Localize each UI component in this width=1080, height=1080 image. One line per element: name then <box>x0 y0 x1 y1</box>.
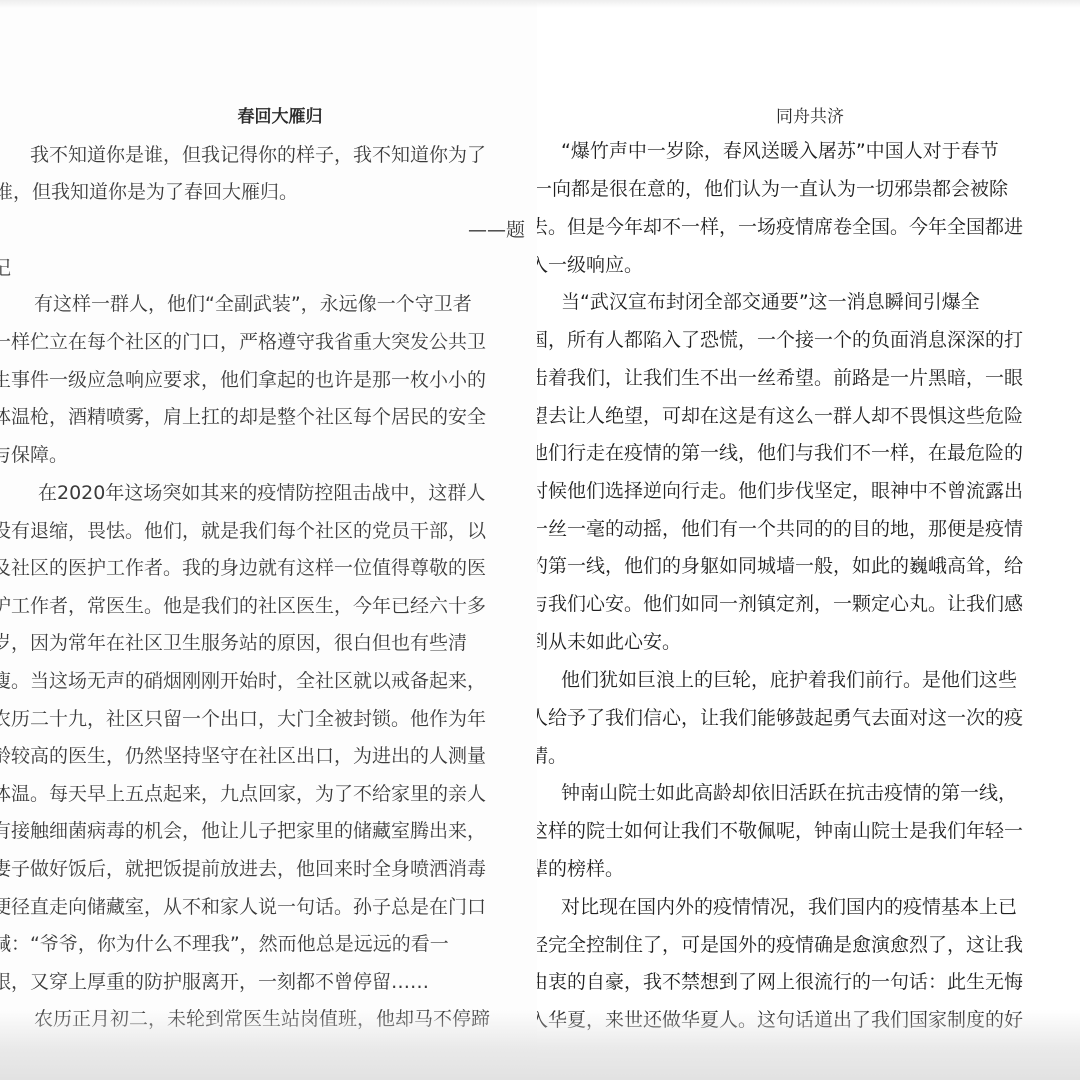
text-line: 经完全控制住了，可是国外的疫情确是愈演愈烈了，这让我 <box>537 930 1023 960</box>
text-line: “爆竹声中一岁除，春风送暖入屠苏”中国人对于春节 <box>561 136 999 166</box>
text-line: 对比现在国内外的疫情情况，我们国内的疫情基本上已 <box>561 892 1017 922</box>
text-line: 当“武汉宣布封闭全部交通要”这一消息瞬间引爆全 <box>561 287 980 317</box>
text-line: 一样伫立在每个社区的门口，严格遵守我省重大突发公共卫 <box>0 327 486 357</box>
left-page-title: 春回大雁归 <box>238 102 323 127</box>
text-line: 记 <box>0 253 11 283</box>
text-line: 去。但是今年却不一样，一场疫情席卷全国。今年全国都进 <box>537 212 1023 242</box>
text-line: 谁，但我知道你是为了春回大雁归。 <box>0 177 298 207</box>
text-line: 入华夏，来世还做华夏人。这句话道出了我们国家制度的好 <box>537 1005 1023 1035</box>
text-line: 有这样一群人，他们“全副武装”，永远像一个守卫者 <box>34 289 472 319</box>
text-line: 生事件一级应急响应要求，他们拿起的也许是那一枚小小的 <box>0 365 486 395</box>
text-line: 体温。每天早上五点起来，九点回家，为了不给家里的亲人 <box>0 779 486 809</box>
text-line: 农历二十九，社区只留一个出口，大门全被封锁。他作为年 <box>0 704 486 734</box>
text-line: 他们行走在疫情的第一线，他们与我们不一样，在最危险的 <box>537 438 1023 468</box>
top-shadow <box>0 0 1080 8</box>
text-line: ——题 <box>468 215 525 245</box>
text-line: 与我们心安。他们如同一剂镇定剂，一颗定心丸。让我们感 <box>537 589 1023 619</box>
text-line: 岁，因为常年在社区卫生服务站的原因，很白但也有些清 <box>0 628 467 658</box>
text-line: 人给予了我们信心，让我们能够鼓起勇气去面对这一次的疫 <box>537 703 1023 733</box>
text-line: 瘦。当这场无声的硝烟刚刚开始时，全社区就以戒备起来， <box>0 666 486 696</box>
text-line: 国，所有人都陷入了恐慌，一个接一个的负面消息深深的打 <box>537 325 1023 355</box>
text-line: 由衷的自豪，我不禁想到了网上很流行的一句话：此生无悔 <box>537 967 1023 997</box>
right-page-title: 同舟共济 <box>776 102 844 127</box>
text-line: 有接触细菌病毒的机会，他让儿子把家里的储藏室腾出来， <box>0 816 486 846</box>
text-line: 望去让人绝望，可却在这是有这么一群人却不畏惧这些危险 <box>537 401 1023 431</box>
text-line: 没有退缩，畏怯。他们，就是我们每个社区的党员干部，以 <box>0 516 486 546</box>
text-line: 击着我们，让我们生不出一丝希望。前路是一片黑暗，一眼 <box>537 363 1023 393</box>
text-line: 龄较高的医生，仍然坚持坚守在社区出口，为进出的人测量 <box>0 741 486 771</box>
text-line: 妻子做好饭后，就把饭提前放进去，他回来时全身喷洒消毒 <box>0 854 486 884</box>
text-line: 体温枪，酒精喷雾，肩上扛的却是整个社区每个居民的安全 <box>0 402 486 432</box>
text-line: 他们犹如巨浪上的巨轮，庇护着我们前行。是他们这些 <box>561 665 1017 695</box>
text-line: 及社区的医护工作者。我的身边就有这样一位值得尊敬的医 <box>0 553 486 583</box>
right-document-page: 同舟共济 “爆竹声中一岁除，春风送暖入屠苏”中国人对于春节一向都是很在意的，他们… <box>537 0 1080 1080</box>
text-line: 我不知道你是谁，但我记得你的样子，我不知道你为了 <box>30 140 486 170</box>
text-line: 在2020年这场突如其来的疫情防控阻击战中，这群人 <box>38 478 485 508</box>
text-line: 到从未如此心安。 <box>537 627 681 657</box>
text-line: 时候他们选择逆向行走。他们步伐坚定，眼神中不曾流露出 <box>537 476 1023 506</box>
text-line: 与保障。 <box>0 440 68 470</box>
text-line: 的第一线，他们的身躯如同城墙一般，如此的巍峨高耸，给 <box>537 551 1023 581</box>
text-line: 辈的榜样。 <box>537 854 624 884</box>
text-line: 眼，又穿上厚重的防护服离开，一刻都不曾停留…… <box>0 967 429 997</box>
left-document-page: 春回大雁归 我不知道你是谁，但我记得你的样子，我不知道你为了谁，但我知道你是为了… <box>0 0 545 1080</box>
text-line: 这样的院士如何让我们不敬佩呢，钟南山院士是我们年轻一 <box>537 816 1023 846</box>
text-line: 护工作者，常医生。他是我们的社区医生，今年已经六十多 <box>0 591 486 621</box>
text-line: 情。 <box>537 741 567 771</box>
text-line: 一丝一毫的动摇，他们有一个共同的的目的地，那便是疫情 <box>537 514 1023 544</box>
text-line: 便径直走向储藏室，从不和家人说一句话。孙子总是在门口 <box>0 892 486 922</box>
text-line: 农历正月初二，未轮到常医生站岗值班，他却马不停蹄 <box>34 1004 490 1034</box>
text-line: 入一级响应。 <box>537 250 643 280</box>
text-line: 一向都是很在意的，他们认为一直认为一切邪祟都会被除 <box>537 174 1008 204</box>
text-line: 喊：“爷爷，你为什么不理我”，然而他总是远远的看一 <box>0 929 449 959</box>
text-line: 钟南山院士如此高龄却依旧活跃在抗击疫情的第一线， <box>561 778 1017 808</box>
